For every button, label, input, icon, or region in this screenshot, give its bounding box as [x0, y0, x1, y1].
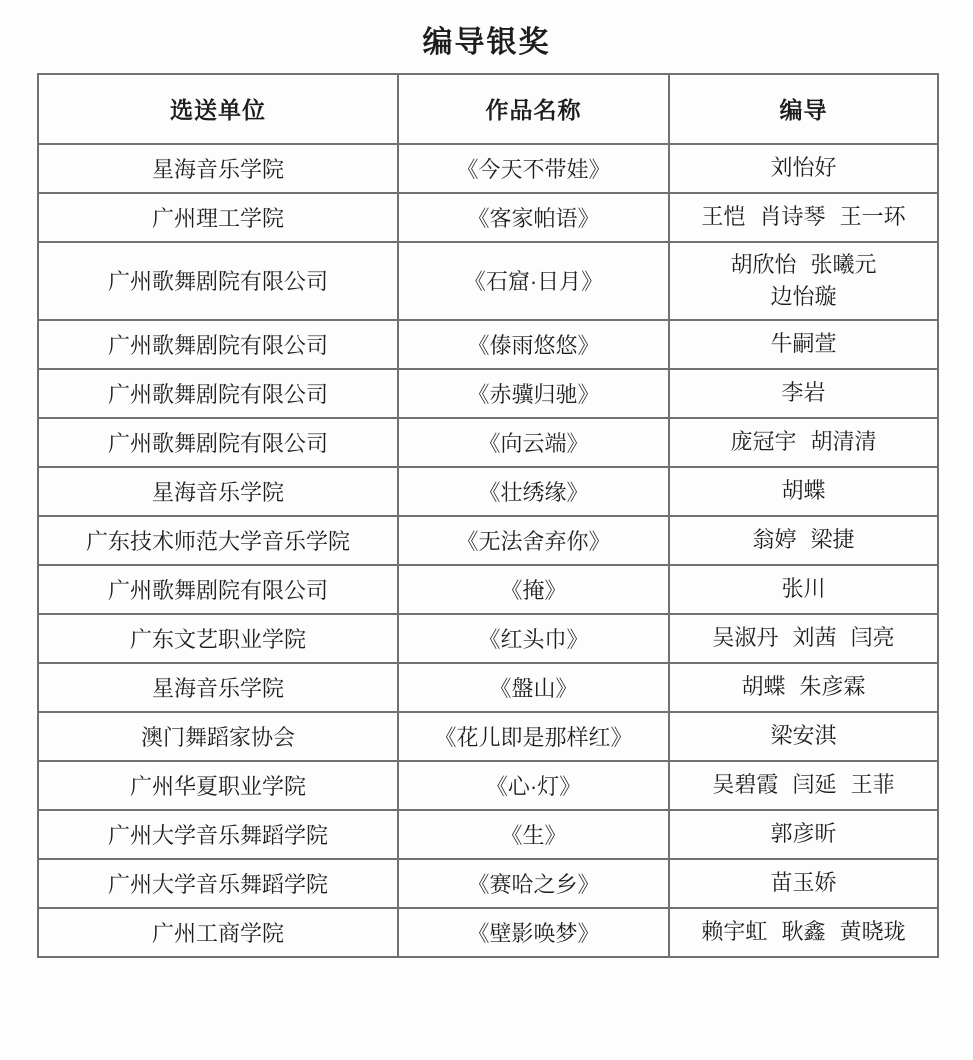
table-row: 广州工商学院《壁影唤梦》赖宇虹 耿鑫 黄晓珑	[38, 908, 938, 957]
directors-cell: 刘怡好	[669, 144, 938, 193]
table-row: 星海音乐学院《今天不带娃》刘怡好	[38, 144, 938, 193]
work-title-cell: 《红头巾》	[398, 614, 669, 663]
directors-cell: 吴碧霞 闫延 王菲	[669, 761, 938, 810]
unit-cell: 广州歌舞剧院有限公司	[38, 369, 398, 418]
table-row: 广州华夏职业学院《心·灯》吴碧霞 闫延 王菲	[38, 761, 938, 810]
unit-cell: 广州歌舞剧院有限公司	[38, 320, 398, 369]
work-title-cell: 《心·灯》	[398, 761, 669, 810]
directors-cell: 赖宇虹 耿鑫 黄晓珑	[669, 908, 938, 957]
directors-cell: 胡欣怡 张曦元 边怡璇	[669, 242, 938, 320]
work-title-cell: 《客家帕语》	[398, 193, 669, 242]
work-title-cell: 《傣雨悠悠》	[398, 320, 669, 369]
work-title-cell: 《赤骥归驰》	[398, 369, 669, 418]
work-title-cell: 《花儿即是那样红》	[398, 712, 669, 761]
table-row: 广州歌舞剧院有限公司《赤骥归驰》李岩	[38, 369, 938, 418]
table-row: 广东文艺职业学院《红头巾》吴淑丹 刘茜 闫亮	[38, 614, 938, 663]
table-row: 澳门舞蹈家协会《花儿即是那样红》梁安淇	[38, 712, 938, 761]
awards-table-body: 星海音乐学院《今天不带娃》刘怡好广州理工学院《客家帕语》王恺 肖诗琴 王一环广州…	[38, 144, 938, 957]
work-title-cell: 《生》	[398, 810, 669, 859]
directors-cell: 翁婷 梁捷	[669, 516, 938, 565]
unit-cell: 广州大学音乐舞蹈学院	[38, 810, 398, 859]
work-title-cell: 《壮绣缘》	[398, 467, 669, 516]
directors-cell: 苗玉娇	[669, 859, 938, 908]
directors-cell: 庞冠宇 胡清清	[669, 418, 938, 467]
work-title-cell: 《今天不带娃》	[398, 144, 669, 193]
unit-cell: 广州歌舞剧院有限公司	[38, 565, 398, 614]
table-row: 广州歌舞剧院有限公司《傣雨悠悠》牛嗣萱	[38, 320, 938, 369]
unit-cell: 广州理工学院	[38, 193, 398, 242]
table-row: 广州歌舞剧院有限公司《石窟·日月》胡欣怡 张曦元 边怡璇	[38, 242, 938, 320]
work-title-cell: 《向云端》	[398, 418, 669, 467]
directors-cell: 胡蝶	[669, 467, 938, 516]
page-title: 编导银奖	[0, 26, 973, 61]
directors-cell: 张川	[669, 565, 938, 614]
table-row: 星海音乐学院《盤山》胡蝶 朱彦霖	[38, 663, 938, 712]
work-title-cell: 《掩》	[398, 565, 669, 614]
directors-cell: 胡蝶 朱彦霖	[669, 663, 938, 712]
table-row: 广东技术师范大学音乐学院《无法舍弃你》翁婷 梁捷	[38, 516, 938, 565]
table-row: 广州大学音乐舞蹈学院《赛哈之乡》苗玉娇	[38, 859, 938, 908]
work-title-cell: 《壁影唤梦》	[398, 908, 669, 957]
column-header-unit: 选送单位	[38, 74, 398, 144]
work-title-cell: 《无法舍弃你》	[398, 516, 669, 565]
awards-table: 选送单位 作品名称 编导 星海音乐学院《今天不带娃》刘怡好广州理工学院《客家帕语…	[37, 73, 939, 958]
table-row: 广州大学音乐舞蹈学院《生》郭彦昕	[38, 810, 938, 859]
unit-cell: 星海音乐学院	[38, 144, 398, 193]
unit-cell: 广东技术师范大学音乐学院	[38, 516, 398, 565]
table-row: 广州歌舞剧院有限公司《掩》张川	[38, 565, 938, 614]
work-title-cell: 《石窟·日月》	[398, 242, 669, 320]
directors-cell: 郭彦昕	[669, 810, 938, 859]
directors-cell: 王恺 肖诗琴 王一环	[669, 193, 938, 242]
directors-cell: 吴淑丹 刘茜 闫亮	[669, 614, 938, 663]
table-row: 星海音乐学院《壮绣缘》胡蝶	[38, 467, 938, 516]
unit-cell: 广州华夏职业学院	[38, 761, 398, 810]
table-row: 广州歌舞剧院有限公司《向云端》庞冠宇 胡清清	[38, 418, 938, 467]
column-header-directors: 编导	[669, 74, 938, 144]
directors-cell: 梁安淇	[669, 712, 938, 761]
unit-cell: 广州工商学院	[38, 908, 398, 957]
work-title-cell: 《赛哈之乡》	[398, 859, 669, 908]
work-title-cell: 《盤山》	[398, 663, 669, 712]
unit-cell: 星海音乐学院	[38, 467, 398, 516]
unit-cell: 广州歌舞剧院有限公司	[38, 242, 398, 320]
directors-cell: 牛嗣萱	[669, 320, 938, 369]
table-row: 广州理工学院《客家帕语》王恺 肖诗琴 王一环	[38, 193, 938, 242]
unit-cell: 澳门舞蹈家协会	[38, 712, 398, 761]
column-header-work: 作品名称	[398, 74, 669, 144]
header-row: 选送单位 作品名称 编导	[38, 74, 938, 144]
unit-cell: 广州大学音乐舞蹈学院	[38, 859, 398, 908]
unit-cell: 广东文艺职业学院	[38, 614, 398, 663]
directors-cell: 李岩	[669, 369, 938, 418]
unit-cell: 广州歌舞剧院有限公司	[38, 418, 398, 467]
unit-cell: 星海音乐学院	[38, 663, 398, 712]
